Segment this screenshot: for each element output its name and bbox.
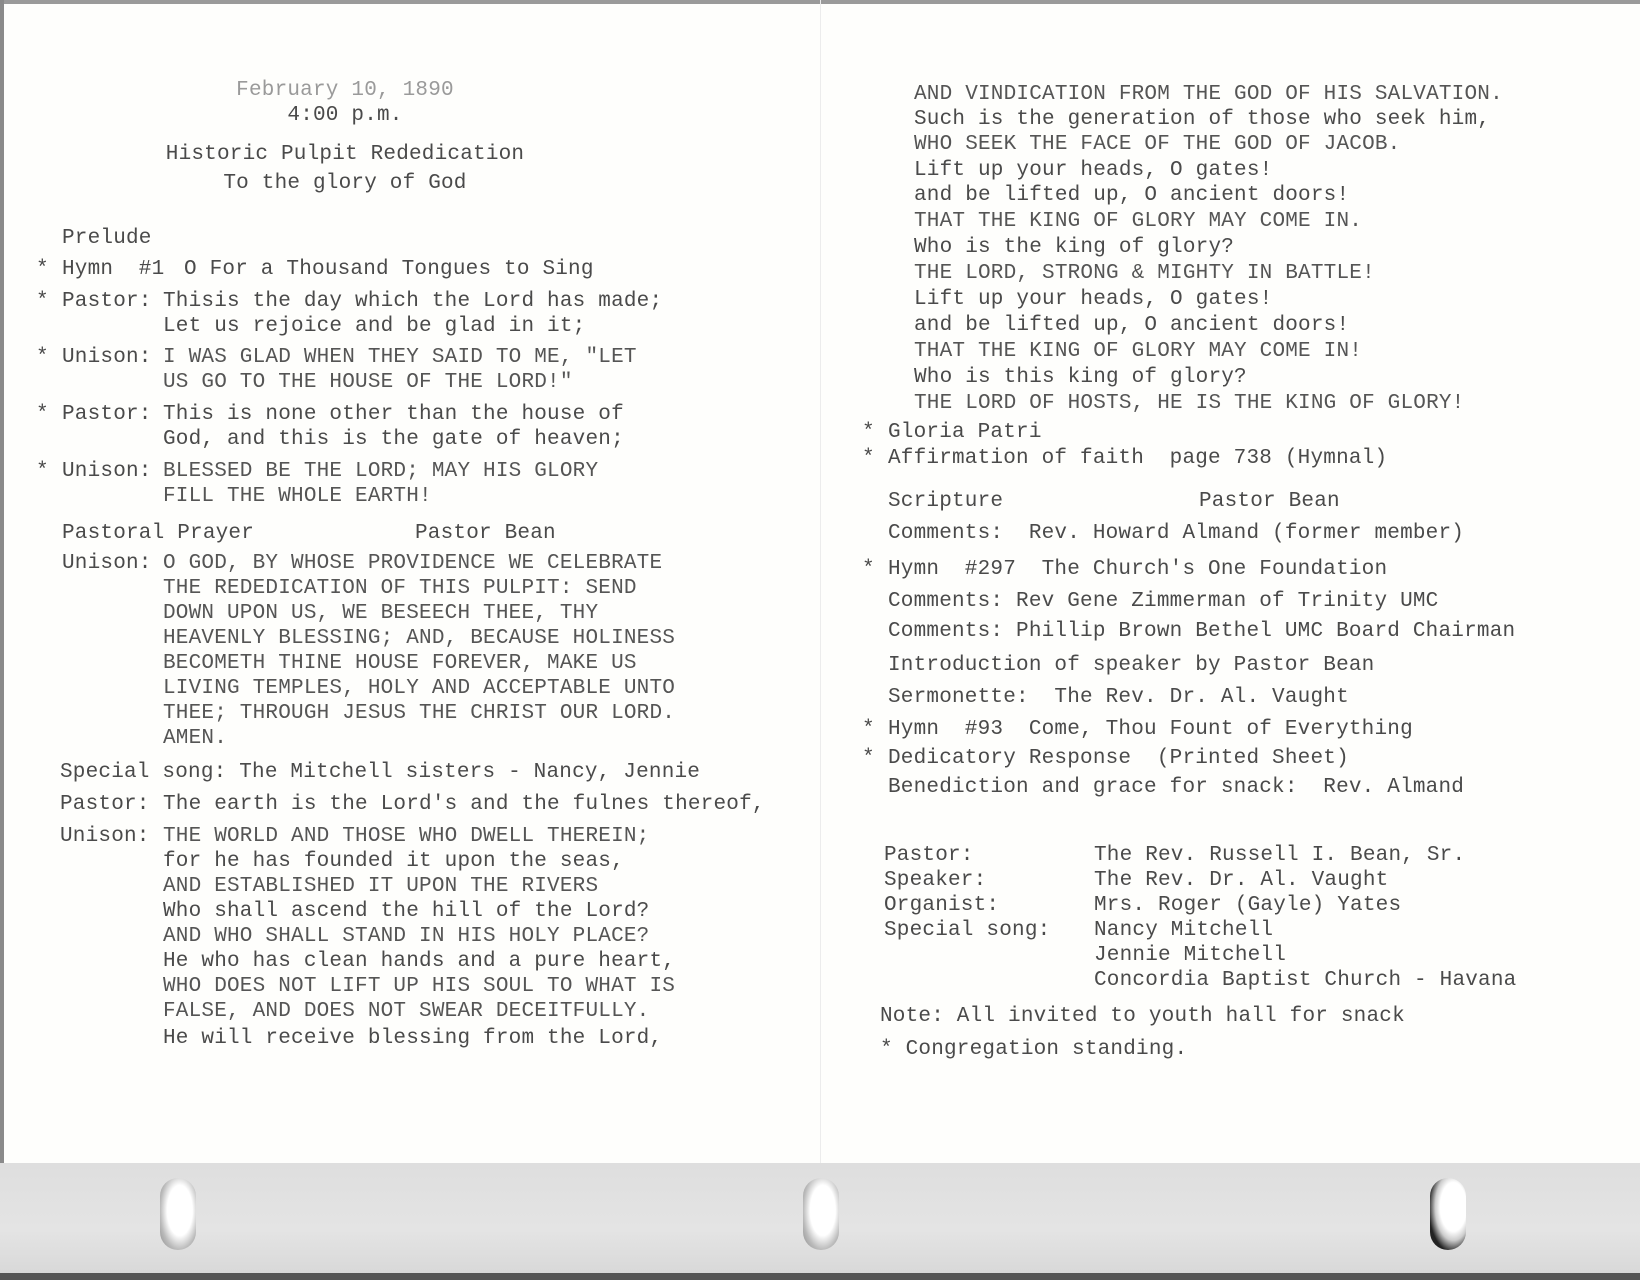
pastor-label: Pastor:	[60, 792, 150, 817]
participant-name: Mrs. Roger (Gayle) Yates	[1094, 893, 1401, 918]
scripture-label: Scripture	[888, 489, 1003, 514]
prayer-line: DOWN UPON US, WE BESEECH THEE, THY	[163, 601, 598, 626]
affirmation-of-faith: Affirmation of faith page 738 (Hymnal)	[888, 446, 1387, 471]
comments-brown: Comments: Phillip Brown Bethel UMC Board…	[888, 619, 1515, 644]
participant-name: The Rev. Russell I. Bean, Sr.	[1094, 843, 1465, 868]
special-song: Special song: The Mitchell sisters - Nan…	[60, 760, 700, 785]
hymn-1-label: Hymn #1	[62, 257, 164, 282]
unison-line: WHO DOES NOT LIFT UP HIS SOUL TO WHAT IS	[163, 974, 675, 999]
comments-zimmerman: Comments: Rev Gene Zimmerman of Trinity …	[888, 589, 1439, 614]
unison-line: US GO TO THE HOUSE OF THE LORD!"	[163, 370, 573, 395]
benediction: Benediction and grace for snack: Rev. Al…	[888, 775, 1464, 800]
response-line: Who is the king of glory?	[914, 235, 1234, 260]
binder-hole-icon	[1430, 1178, 1466, 1250]
prayer-line: O GOD, BY WHOSE PROVIDENCE WE CELEBRATE	[163, 551, 662, 576]
standing-marker: *	[36, 345, 49, 370]
response-line: Lift up your heads, O gates!	[914, 287, 1272, 312]
prayer-line: BECOMETH THINE HOUSE FOREVER, MAKE US	[163, 651, 637, 676]
unison-line: FILL THE WHOLE EARTH!	[163, 484, 432, 509]
response-line: Lift up your heads, O gates!	[914, 158, 1272, 183]
unison-line: THE WORLD AND THOSE WHO DWELL THEREIN;	[163, 824, 649, 849]
standing-marker: *	[862, 446, 875, 471]
response-line: THE LORD, STRONG & MIGHTY IN BATTLE!	[914, 261, 1375, 286]
unison-label: Unison:	[62, 345, 152, 370]
standing-marker: *	[862, 746, 875, 771]
scripture-leader: Pastor Bean	[1199, 489, 1340, 514]
unison-label: Unison:	[62, 459, 152, 484]
response-line: THE LORD OF HOSTS, HE IS THE KING OF GLO…	[914, 391, 1465, 416]
sermonette: Sermonette: The Rev. Dr. Al. Vaught	[888, 685, 1349, 710]
pastor-label: Pastor:	[62, 402, 152, 427]
introduction-of-speaker: Introduction of speaker by Pastor Bean	[888, 653, 1374, 678]
unison-label: Unison:	[62, 551, 152, 576]
participant-role: Pastor:	[884, 843, 974, 868]
unison-line: AND ESTABLISHED IT UPON THE RIVERS	[163, 874, 598, 899]
prayer-line: THEE; THROUGH JESUS THE CHRIST OUR LORD.	[163, 701, 675, 726]
unison-line: AND WHO SHALL STAND IN HIS HOLY PLACE?	[163, 924, 649, 949]
pastor-line: Thisis the day which the Lord has made;	[163, 289, 662, 314]
scan-edge-left	[0, 0, 4, 1280]
response-line: THAT THE KING OF GLORY MAY COME IN!	[914, 339, 1362, 364]
dedicatory-response: Dedicatory Response (Printed Sheet)	[888, 746, 1349, 771]
pastor-line: This is none other than the house of	[163, 402, 624, 427]
unison-line: He will receive blessing from the Lord,	[163, 1026, 662, 1051]
unison-label: Unison:	[60, 824, 150, 849]
participant-role: Special song:	[884, 918, 1050, 943]
scanned-program-sheet: February 10, 1890 4:00 p.m. Historic Pul…	[0, 0, 1640, 1280]
standing-marker: *	[862, 420, 875, 445]
prayer-line: LIVING TEMPLES, HOLY AND ACCEPTABLE UNTO	[163, 676, 675, 701]
pastor-label: Pastor:	[62, 289, 152, 314]
hymn-297: Hymn #297 The Church's One Foundation	[888, 557, 1387, 582]
pastoral-prayer-leader: Pastor Bean	[415, 521, 556, 546]
unison-line: for he has founded it upon the seas,	[163, 849, 624, 874]
pastor-line: The earth is the Lord's and the fulnes t…	[163, 792, 765, 817]
pastor-line: God, and this is the gate of heaven;	[163, 427, 624, 452]
service-subtitle: To the glory of God	[120, 171, 570, 196]
center-fold	[820, 0, 821, 1280]
service-title: Historic Pulpit Rededication	[120, 142, 570, 167]
response-line: and be lifted up, O ancient doors!	[914, 313, 1349, 338]
standing-marker: *	[36, 402, 49, 427]
participant-name: Jennie Mitchell	[1094, 943, 1286, 968]
pastoral-prayer-label: Pastoral Prayer	[62, 521, 254, 546]
prayer-line: HEAVENLY BLESSING; AND, BECAUSE HOLINESS	[163, 626, 675, 651]
participant-role: Organist:	[884, 893, 999, 918]
standing-marker: *	[36, 257, 49, 282]
hymn-1-title: O For a Thousand Tongues to Sing	[184, 257, 594, 282]
response-line: THAT THE KING OF GLORY MAY COME IN.	[914, 209, 1362, 234]
unison-line: BLESSED BE THE LORD; MAY HIS GLORY	[163, 459, 598, 484]
pastor-line: Let us rejoice and be glad in it;	[163, 314, 585, 339]
congregation-standing-footnote: * Congregation standing.	[880, 1037, 1187, 1062]
standing-marker: *	[36, 459, 49, 484]
response-line: AND VINDICATION FROM THE GOD OF HIS SALV…	[914, 82, 1503, 107]
unison-line: I WAS GLAD WHEN THEY SAID TO ME, "LET	[163, 345, 637, 370]
unison-line: FALSE, AND DOES NOT SWEAR DECEITFULLY.	[163, 999, 649, 1024]
response-line: Who is this king of glory?	[914, 365, 1247, 390]
response-line: WHO SEEK THE FACE OF THE GOD OF JACOB.	[914, 132, 1400, 157]
hymn-93: Hymn #93 Come, Thou Fount of Everything	[888, 717, 1413, 742]
participant-role: Speaker:	[884, 868, 986, 893]
response-line: and be lifted up, O ancient doors!	[914, 183, 1349, 208]
participant-name: Nancy Mitchell	[1094, 918, 1273, 943]
gloria-patri: Gloria Patri	[888, 420, 1042, 445]
comments-almand: Comments: Rev. Howard Almand (former mem…	[888, 521, 1464, 546]
service-time: 4:00 p.m.	[180, 103, 510, 128]
standing-marker: *	[862, 557, 875, 582]
prayer-line: AMEN.	[163, 726, 227, 751]
standing-marker: *	[36, 289, 49, 314]
participant-name: The Rev. Dr. Al. Vaught	[1094, 868, 1388, 893]
binder-hole-icon	[803, 1178, 839, 1250]
unison-line: Who shall ascend the hill of the Lord?	[163, 899, 649, 924]
prayer-line: THE REDEDICATION OF THIS PULPIT: SEND	[163, 576, 637, 601]
service-date: February 10, 1890	[180, 78, 510, 103]
snack-note: Note: All invited to youth hall for snac…	[880, 1004, 1405, 1029]
unison-line: He who has clean hands and a pure heart,	[163, 949, 675, 974]
binder-hole-icon	[160, 1178, 196, 1250]
participant-name: Concordia Baptist Church - Havana	[1094, 968, 1516, 993]
response-line: Such is the generation of those who seek…	[914, 107, 1490, 132]
scan-edge-bottom	[0, 1273, 1640, 1280]
standing-marker: *	[862, 717, 875, 742]
prelude: Prelude	[62, 226, 152, 251]
